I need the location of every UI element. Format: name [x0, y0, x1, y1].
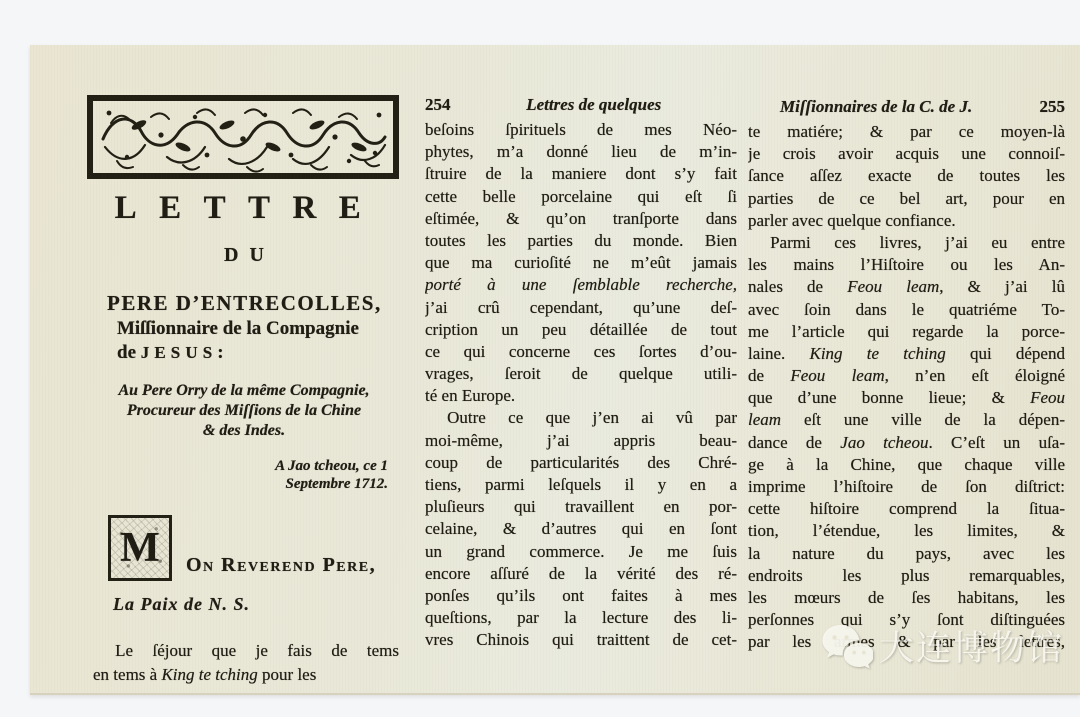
text-line: dance de Jao tcheou. C’eſt un uſa- [748, 432, 1065, 454]
text-line: que d’une bonne lieue; & Feou [748, 387, 1065, 409]
running-head-254: 254 Lettres de quelques [425, 95, 737, 119]
book-page-paper: LETTRE DU PERE D’ENTRECOLLES, Miſſionnai… [30, 45, 1080, 695]
text-line: Parmi ces livres, j’ai eu entre [748, 232, 1065, 254]
book-scan-page: { "colors": { "paper": "#e9e7d6", "ink":… [0, 0, 1080, 717]
text-line: Outre ce que j’en ai vû par [425, 407, 737, 429]
page-number-254: 254 [425, 95, 451, 119]
text-line: endroits les plus remarquables, [748, 565, 1065, 587]
text-line: phytes, m’a donné lieu de m’in- [425, 141, 737, 163]
text-line: les mains l’Hiſtoire ou les An- [748, 254, 1065, 276]
text-line: pluſieurs qui travaillent en por- [425, 496, 737, 518]
dropcap-letter: M [120, 527, 160, 569]
text-line: encore aſſuré de la vérité des ré- [425, 563, 737, 585]
text-line: coup de particularités des Chré- [425, 452, 737, 474]
text-line: avec ſoin dans le quatriéme To- [748, 299, 1065, 321]
text-line: parler avec quelque confiance. [748, 210, 1065, 232]
text-line: laine. King te tching qui dépend [748, 343, 1065, 365]
text-line: que ma curioſité ne m’eût jamais [425, 252, 737, 274]
text-line: imprime l’hiſtoire de ſon diſtrict: [748, 476, 1065, 498]
text-line: de Feou leam, n’en eſt éloigné [748, 365, 1065, 387]
dateline-date: Septembre 1712. [85, 475, 388, 493]
text-line: j’ai crû cependant, qu’une deſ- [425, 297, 737, 319]
dateline-block: A Jao tcheou, ce 1 Septembre 1712. [85, 457, 403, 493]
title-column: LETTRE DU PERE D’ENTRECOLLES, Miſſionnai… [85, 95, 403, 687]
author-subtitle-line2: de JESUS: [117, 342, 403, 364]
text-line: moi-même, j’ai appris beau- [425, 430, 737, 452]
text-line: leam eſt une ville de la dépen- [748, 409, 1065, 431]
woodcut-ornament-band [87, 95, 399, 179]
text-line: ge à la Chine, que chaque ville [748, 454, 1065, 476]
letter-author: PERE D’ENTRECOLLES, [107, 291, 403, 316]
subtitle-prefix: de [117, 342, 141, 363]
text-line: cette hiſtoire comprend la ſitua- [748, 498, 1065, 520]
page-254-body: beſoins ſpirituels de mes Néo-phytes, m’… [425, 119, 737, 652]
author-subtitle-line1: Miſſionnaire de la Compagnie [117, 318, 403, 340]
peace-greeting: La Paix de N. S. [113, 594, 403, 615]
page-255-column: Miſſionnaires de la C. de J. 255 te mati… [748, 97, 1065, 654]
addressee-line: Procureur des Miſſions de la Chine [85, 401, 403, 421]
page-254-column: 254 Lettres de quelques beſoins ſpiritue… [425, 95, 737, 652]
subtitle-jesus: JESUS [141, 343, 218, 362]
text-line: cette belle porcelaine qui eſt ſi [425, 186, 737, 208]
text-line: ponſes qu’ils ont faites à mes [425, 585, 737, 607]
text-line: toutes les parties du monde. Bien [425, 230, 737, 252]
text-line: en tems à King te tching pour les [93, 663, 399, 687]
salutation-text: On Reverend Pere, [186, 554, 376, 577]
opening-paragraph: Le ſéjour que je fais de temsen tems à K… [93, 639, 399, 687]
dateline-place: A Jao tcheou, ce 1 [85, 457, 388, 475]
text-line: vres Chinois qui traittent de cet- [425, 629, 737, 651]
text-line: nales de Feou leam, & j’ai lû [748, 276, 1065, 298]
text-line: tion, l’étendue, les limites, & [748, 520, 1065, 542]
text-line: ſance aſſez exacte de toutes les [748, 165, 1065, 187]
text-line: té en Europe. [425, 385, 737, 407]
text-line: eſtimée, & qu’on tranſporte dans [425, 208, 737, 230]
text-line: beſoins ſpirituels de mes Néo- [425, 119, 737, 141]
text-line: queſtions, par la lecture des li- [425, 607, 737, 629]
page-255-body: te matiére; & par ce moyen-làje crois av… [748, 121, 1065, 654]
text-line: celaine, & d’autres qui en ſont [425, 518, 737, 540]
subtitle-suffix: : [217, 342, 223, 363]
page-number-255: 255 [1040, 97, 1066, 121]
text-line: te matiére; & par ce moyen-là [748, 121, 1065, 143]
text-line: tiens, parmi leſquels il y en a [425, 474, 737, 496]
museum-name-text: 大连博物馆 [879, 621, 1064, 671]
text-line: cription un peu détaillée de tout [425, 319, 737, 341]
letter-title: LETTRE [85, 190, 403, 227]
text-line: je crois avoir acquis une connoiſ- [748, 143, 1065, 165]
addressee-block: Au Pere Orry de la même Compagnie, Procu… [85, 381, 403, 441]
text-line: vrages, ſeroit de quelque utili- [425, 363, 737, 385]
addressee-line: Au Pere Orry de la même Compagnie, [85, 381, 403, 401]
addressee-line: & des Indes. [85, 421, 403, 441]
salutation-row: M On Reverend Pere, [108, 515, 403, 581]
text-line: les mœurs de ſes habitans, les [748, 587, 1065, 609]
museum-watermark: 大连博物馆 [821, 621, 1064, 671]
text-line: Le ſéjour que je fais de tems [93, 639, 399, 663]
dropcap-initial-M: M [108, 515, 172, 581]
running-head-255: Miſſionnaires de la C. de J. 255 [748, 97, 1065, 121]
letter-du: DU [85, 244, 403, 267]
text-line: ce qui concerne ces ſortes d’ou- [425, 341, 737, 363]
text-line: un grand commerce. Je me ſuis [425, 541, 737, 563]
text-line: parties de ce bel art, pour en [748, 188, 1065, 210]
text-line: porté à une ſemblable recherche, [425, 274, 737, 296]
text-line: ſtruire de la maniere dont s’y fait [425, 163, 737, 185]
text-line: la nature du pays, avec les [748, 543, 1065, 565]
running-title-right: Miſſionnaires de la C. de J. [760, 97, 1040, 121]
text-line: me l’article qui regarde la porce- [748, 321, 1065, 343]
wechat-icon [821, 623, 873, 669]
running-title-left: Lettres de quelques [451, 95, 738, 119]
